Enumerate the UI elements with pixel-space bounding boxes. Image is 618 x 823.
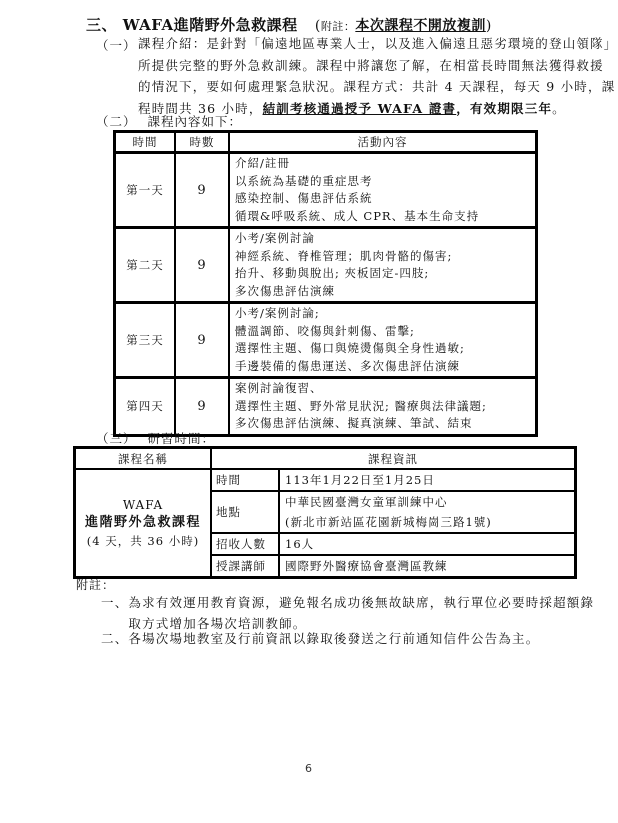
- info-value: 113年1月22日至1月25日: [279, 469, 576, 491]
- location-name: 中華民國臺灣女童軍訓練中心: [285, 492, 574, 512]
- activity-item: 手邊裝備的傷患運送、多次傷患評估演練: [235, 358, 535, 376]
- day-cell: 第二天: [115, 228, 176, 303]
- hours-cell: 9: [175, 303, 229, 378]
- table-header-row: 課程名稱 課程資訊: [75, 448, 576, 470]
- location-address: (新北市新站區花園新城梅崗三路1號): [285, 512, 574, 532]
- content-label-row: （二） 課程內容如下：: [96, 112, 242, 130]
- info-key: 地點: [211, 491, 279, 533]
- activity-item: 體溫調節、咬傷與針刺傷、雷擊;: [235, 323, 535, 341]
- table-row: WAFA 進階野外急救課程 (4 天，共 36 小時) 時間 113年1月22日…: [75, 469, 576, 491]
- schedule-label-row: （三） 研習時間：: [96, 429, 215, 447]
- info-key: 授課講師: [211, 555, 279, 578]
- validity-statement: ，有效期限三年: [456, 101, 552, 116]
- day-cell: 第一天: [115, 153, 176, 228]
- header-activities: 活動內容: [229, 132, 537, 153]
- table-row: 第一天 9 介紹/註冊 以系統為基礎的重症思考 感染控制、傷患評估系統 循環&呼…: [115, 153, 537, 228]
- table-header-row: 時間 時數 活動內容: [115, 132, 537, 153]
- activity-item: 循環&呼吸系統、成人 CPR、基本生命支持: [235, 208, 535, 226]
- note-number: 二、: [101, 628, 128, 649]
- day-cell: 第四天: [115, 378, 176, 436]
- activities-cell: 小考/案例討論 神經系統、脊椎管理；肌肉骨骼的傷害; 抬升、移動與脫出; 夾板固…: [229, 228, 537, 303]
- activity-item: 小考/案例討論: [235, 230, 535, 248]
- notes-title: 附註：: [76, 576, 115, 593]
- course-content-table: 時間 時數 活動內容 第一天 9 介紹/註冊 以系統為基礎的重症思考 感染控制、…: [113, 130, 538, 437]
- hours-cell: 9: [175, 228, 229, 303]
- header-course-info: 課程資訊: [211, 448, 576, 470]
- intro-line: 所提供完整的野外急救訓練。課程中將讓您了解，在相當長時間無法獲得救援: [138, 55, 618, 77]
- activities-cell: 案例討論復習、 選擇性主題、野外常見狀況; 醫療與法律議題; 多次傷患評估演練、…: [229, 378, 537, 436]
- activity-item: 選擇性主題、野外常見狀況; 醫療與法律議題;: [235, 398, 535, 416]
- capacity-value: 16人: [285, 534, 574, 554]
- hours-cell: 9: [175, 378, 229, 436]
- no-retraining-note: 本次課程不開放複訓: [355, 18, 486, 34]
- activity-item: 案例討論復習、: [235, 380, 535, 398]
- intro-last-end: 。: [552, 101, 566, 116]
- course-name-zh: 進階野外急救課程: [76, 514, 210, 532]
- header-hours: 時數: [175, 132, 229, 153]
- table-row: 第四天 9 案例討論復習、 選擇性主題、野外常見狀況; 醫療與法律議題; 多次傷…: [115, 378, 537, 436]
- course-duration: (4 天，共 36 小時): [76, 532, 210, 550]
- note-line: 各場次場地教室及行前資訊以錄取後發送之行前通知信件公告為主。: [128, 628, 539, 649]
- activity-item: 小考/案例討論;: [235, 305, 535, 323]
- header-day: 時間: [115, 132, 176, 153]
- content-title: 課程內容如下：: [148, 114, 243, 129]
- activity-item: 介紹/註冊: [235, 155, 535, 173]
- page-number: 6: [305, 762, 312, 775]
- course-name-en: WAFA: [76, 496, 210, 514]
- activities-cell: 小考/案例討論; 體溫調節、咬傷與針刺傷、雷擊; 選擇性主題、傷口與燒燙傷與全身…: [229, 303, 537, 378]
- day-cell: 第三天: [115, 303, 176, 378]
- hours-cell: 9: [175, 153, 229, 228]
- info-value: 16人: [279, 533, 576, 555]
- activity-item: 多次傷患評估演練: [235, 283, 535, 301]
- section-title: 三、 WAFA進階野外急救課程 (附註：本次課程不開放複訓): [86, 14, 492, 35]
- certificate-statement: 結訓考核通過授予 WAFA 證書: [263, 101, 457, 116]
- info-value: 中華民國臺灣女童軍訓練中心 (新北市新站區花園新城梅崗三路1號): [279, 491, 576, 533]
- activity-item: 多次傷患評估演練、擬真演練、筆試、結束: [235, 415, 535, 433]
- date-value: 113年1月22日至1月25日: [285, 470, 574, 490]
- intro-label: （一）: [96, 36, 137, 54]
- activity-item: 感染控制、傷患評估系統: [235, 190, 535, 208]
- intro-line: 課程介紹：是針對「偏遠地區專業人士，以及進入偏遠且惡劣環境的登山領隊」: [138, 33, 618, 55]
- note-label: 附註：: [321, 20, 356, 33]
- instructor-value: 國際野外醫療協會臺灣區教練: [285, 556, 574, 576]
- table-row: 第三天 9 小考/案例討論; 體溫調節、咬傷與針刺傷、雷擊; 選擇性主題、傷口與…: [115, 303, 537, 378]
- activities-cell: 介紹/註冊 以系統為基礎的重症思考 感染控制、傷患評估系統 循環&呼吸系統、成人…: [229, 153, 537, 228]
- table-row: 第二天 9 小考/案例討論 神經系統、脊椎管理；肌肉骨骼的傷害; 抬升、移動與脫…: [115, 228, 537, 303]
- info-value: 國際野外醫療協會臺灣區教練: [279, 555, 576, 578]
- intro-paragraph: 課程介紹：是針對「偏遠地區專業人士，以及進入偏遠且惡劣環境的登山領隊」 所提供完…: [138, 33, 618, 119]
- schedule-label: （三）: [96, 431, 137, 446]
- course-info-table: 課程名稱 課程資訊 WAFA 進階野外急救課程 (4 天，共 36 小時) 時間…: [73, 446, 577, 579]
- activity-item: 以系統為基礎的重症思考: [235, 173, 535, 191]
- section-heading: WAFA進階野外急救課程: [123, 16, 298, 34]
- note-line: 為求有效運用教育資源，避免報名成功後無故缺席，執行單位必要時採超額錄: [128, 592, 594, 613]
- course-name-cell: WAFA 進階野外急救課程 (4 天，共 36 小時): [75, 469, 212, 578]
- info-key: 招收人數: [211, 533, 279, 555]
- activity-item: 選擇性主題、傷口與燒燙傷與全身性過敏;: [235, 340, 535, 358]
- note-close-paren: ): [486, 18, 492, 34]
- activity-item: 神經系統、脊椎管理；肌肉骨骼的傷害;: [235, 248, 535, 266]
- header-course-name: 課程名稱: [75, 448, 212, 470]
- note-item-2: 二、 各場次場地教室及行前資訊以錄取後發送之行前通知信件公告為主。: [101, 628, 539, 649]
- content-label: （二）: [96, 114, 137, 129]
- schedule-title: 研習時間：: [148, 431, 216, 446]
- intro-line: 的情況下，要如何處理緊急狀況。課程方式：共計 4 天課程，每天 9 小時，課: [138, 76, 618, 98]
- info-key: 時間: [211, 469, 279, 491]
- section-number: 三、: [86, 16, 117, 34]
- activity-item: 抬升、移動與脫出; 夾板固定-四肢;: [235, 265, 535, 283]
